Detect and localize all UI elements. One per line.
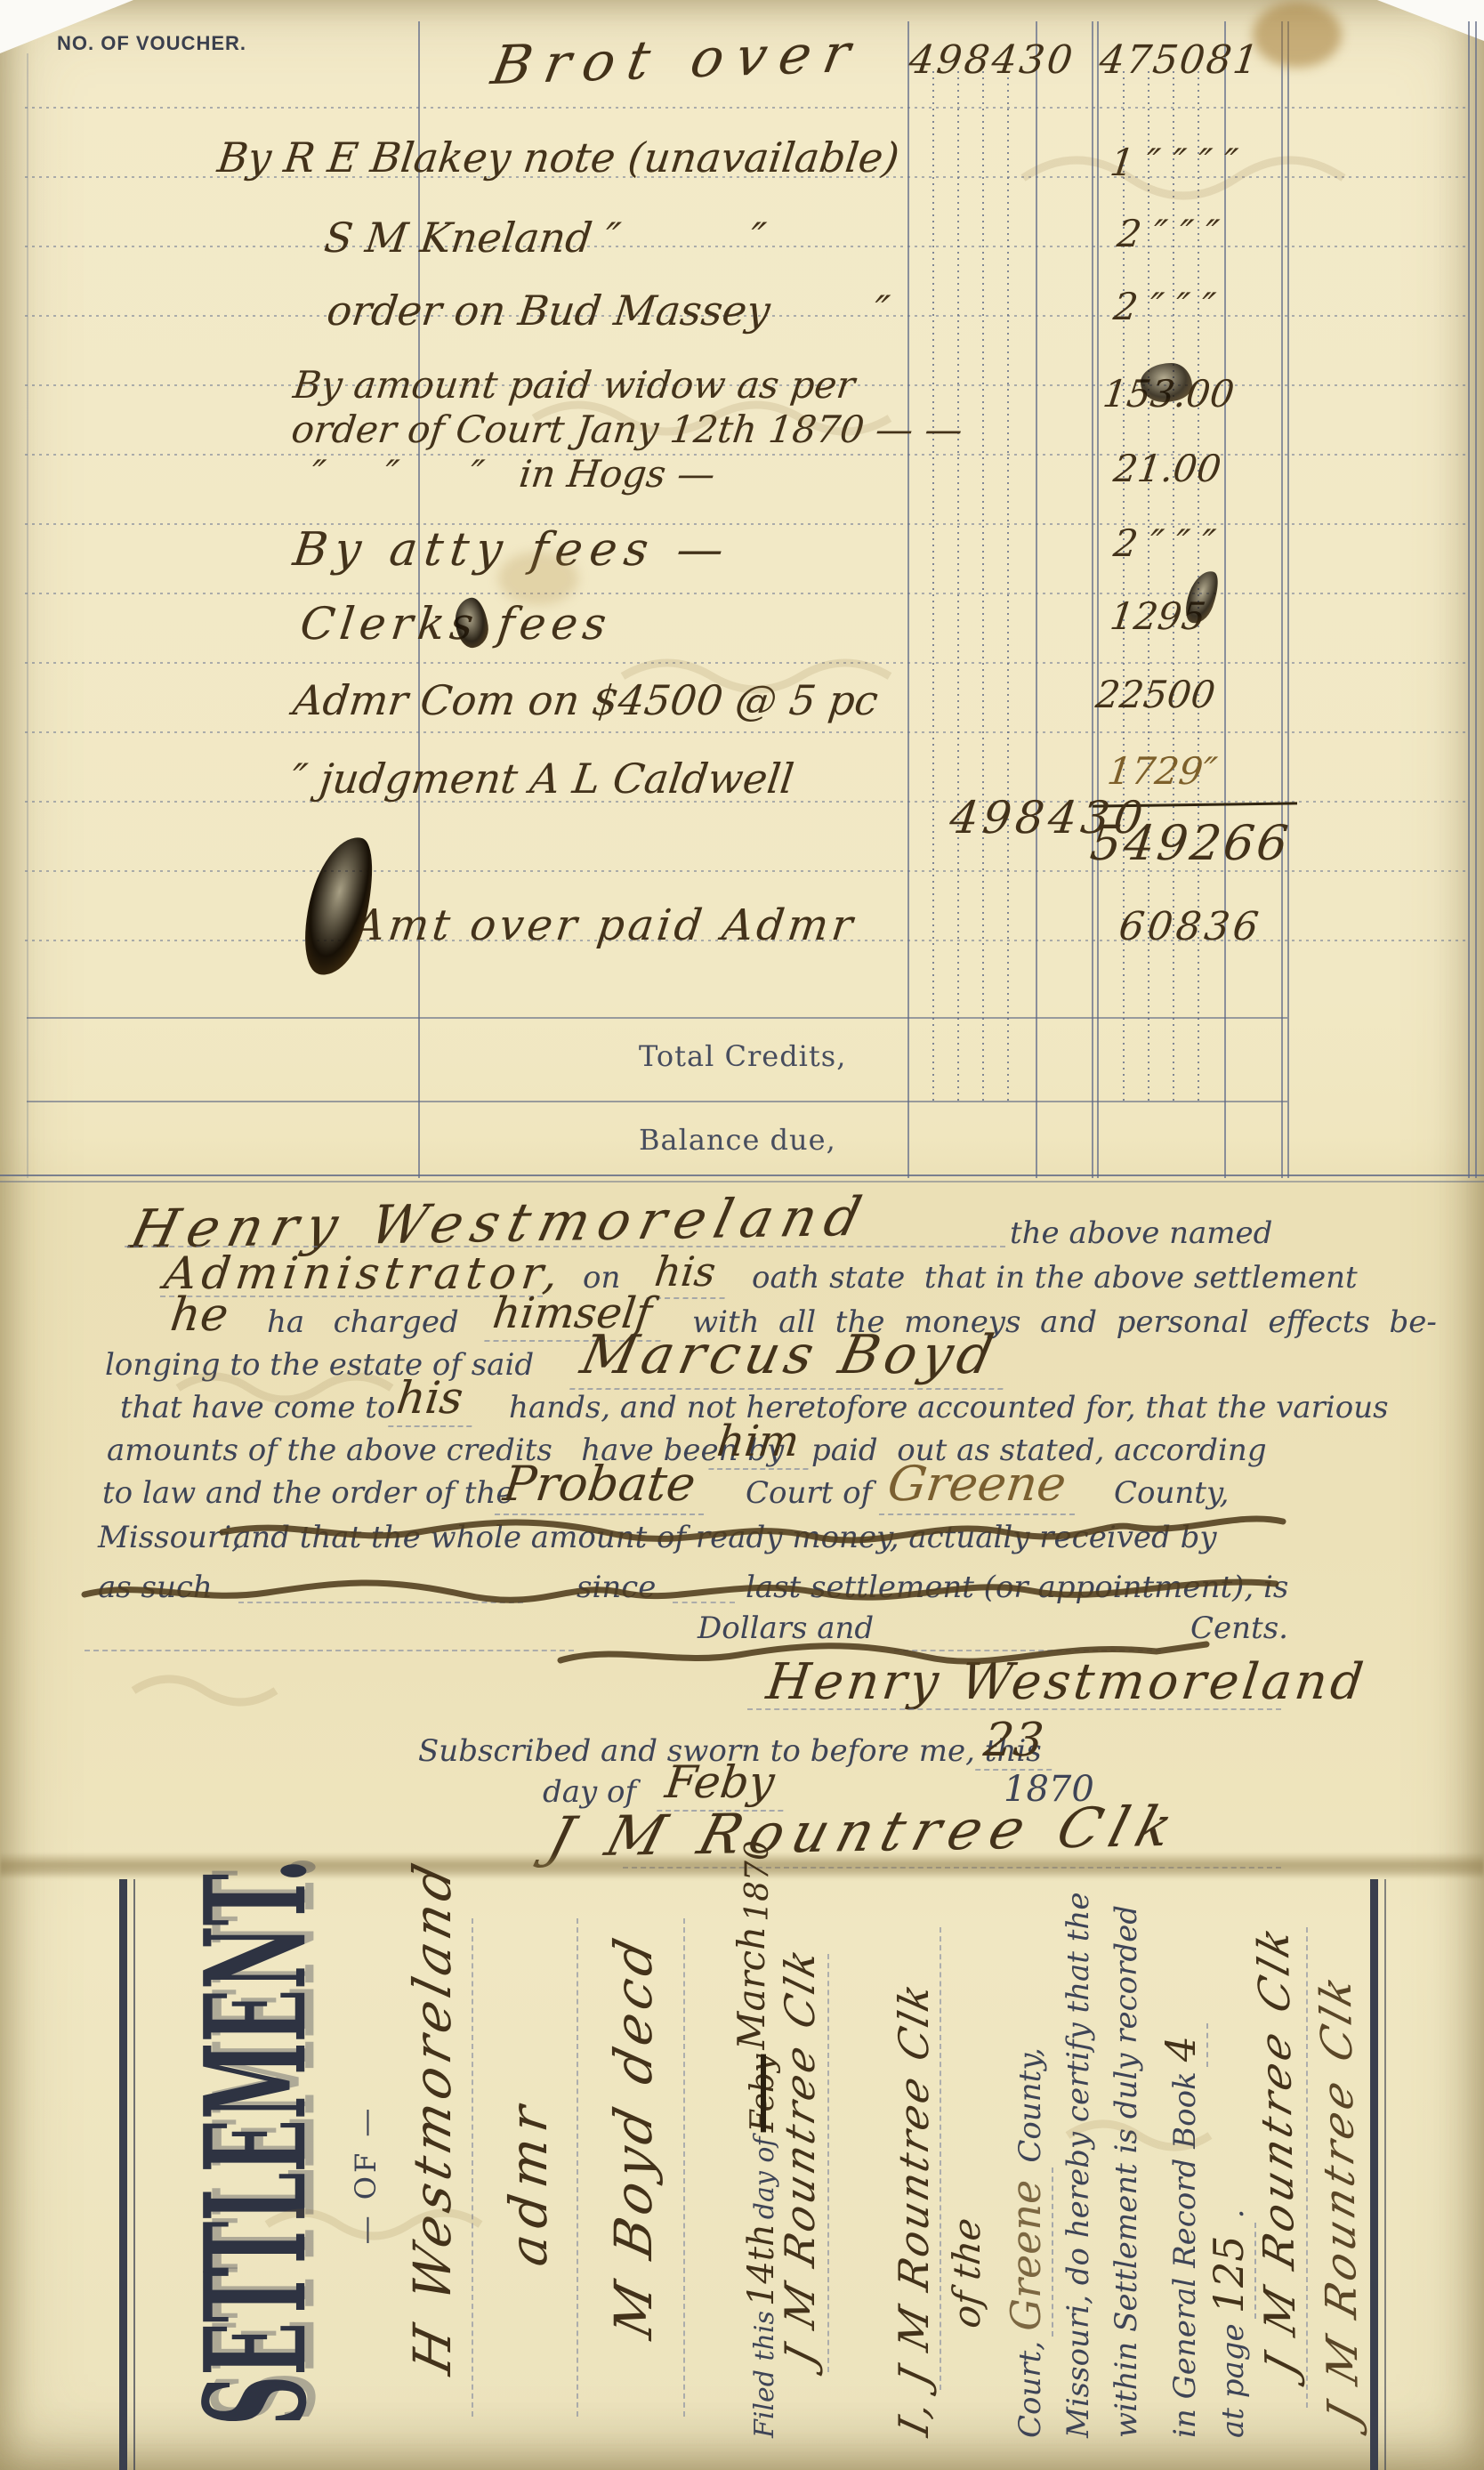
ruled-line <box>1287 21 1289 1178</box>
ledger-row: order of Court Jany 12th 1870 — — <box>289 408 965 451</box>
his-handwritten: his <box>388 1372 478 1427</box>
paper-stain <box>498 552 578 605</box>
filed-month-handwritten: March <box>730 1926 773 2050</box>
back-party-admr-title: admr <box>498 2095 559 2269</box>
filed-clerk-signature: J M Rountree Clk <box>776 1941 824 2370</box>
ruled-line <box>27 53 28 1178</box>
printed-text: County, <box>1114 1475 1229 1511</box>
back-clerk-signature: J M Rountree Clk <box>1311 1966 1369 2430</box>
document-back-rotated: SETTLEMENT. — OF — H Westmoreland admr M… <box>0 1879 1484 2470</box>
ledger-amount: 1 ″ ″ ″ ″ <box>1108 141 1240 184</box>
ink-blot <box>1141 363 1192 402</box>
ruled-line <box>25 107 1466 109</box>
printed-text: at page <box>1215 2323 1251 2438</box>
cert-book-line: in General Record Book 4 <box>1157 2023 1205 2438</box>
printed-text-struck: since <box>577 1570 656 1605</box>
ruled-line <box>25 523 1466 525</box>
ruled-line <box>982 71 984 1103</box>
page-fold-line <box>0 1174 1484 1176</box>
printed-text-struck: last settlement (or appointment), is <box>746 1570 1288 1605</box>
ledger-row: By R E Blakey note (unavailable) <box>215 133 902 182</box>
day-number-handwritten: 23 <box>975 1714 1059 1771</box>
form-blank-line <box>827 1954 829 2372</box>
ruled-line <box>27 1017 1287 1019</box>
him-handwritten: him <box>708 1417 814 1470</box>
estate-name-handwritten: Marcus Boyd <box>569 1324 1016 1390</box>
printed-text: oath state that in the above settlement <box>752 1260 1358 1296</box>
ledger-row: By amount paid widow as per <box>291 363 858 407</box>
affiant-signature: Henry Westmoreland <box>763 1653 1370 1711</box>
ruled-line <box>1468 21 1470 1178</box>
back-party-admr: H Westmoreland <box>402 1853 463 2380</box>
he-handwritten: he <box>167 1288 231 1342</box>
cert-court-line: Court, Greene County, <box>1002 2047 1050 2438</box>
printed-text: Missouri, <box>98 1520 241 1555</box>
ledger-amount: 2 ″ ″ ″ <box>1111 521 1218 565</box>
printed-text: ha charged <box>267 1304 459 1340</box>
ruled-line <box>25 731 1466 733</box>
ruled-line <box>1007 71 1009 1103</box>
back-border-rule <box>133 1879 135 2470</box>
ruled-line <box>27 1101 1287 1102</box>
voucher-column-label: NO. OF VOUCHER. <box>57 32 246 55</box>
ledger-row: Admr Com on $4500 @ 5 pc <box>291 676 881 724</box>
ledger-amount: 2 ″ ″ ″ <box>1115 212 1222 255</box>
printed-text: hands, and not heretofore accounted for,… <box>509 1390 1389 1425</box>
back-border-rule <box>1384 1879 1386 2470</box>
printed-text: that have come to <box>120 1390 395 1425</box>
balance-due-label: Balance due, <box>639 1123 836 1157</box>
record-book-number: 4 <box>1157 2023 1208 2067</box>
ruled-line <box>1092 21 1093 1178</box>
form-blank-line <box>683 1918 685 2417</box>
affidavit-section: Henry Westmoreland the above named Admin… <box>0 1183 1484 1879</box>
ruled-line <box>25 454 1466 456</box>
printed-text: Court, <box>1012 2341 1048 2438</box>
printed-text: within Settlement is duly recorded <box>1109 1905 1144 2438</box>
back-border-rule <box>1370 1879 1378 2470</box>
back-of-label: — OF — <box>349 1879 383 2470</box>
printed-text-struck: Cents. <box>1190 1610 1288 1646</box>
ledger-amount: 2 ″ ″ ″ <box>1111 285 1218 328</box>
cert-clerk-name: I, J M Rountree Clk <box>890 1976 938 2441</box>
printed-text: in General Record Book <box>1167 2071 1203 2438</box>
ledger-amount: 498430 <box>907 37 1077 83</box>
cert-county-handwritten: Greene <box>1002 2167 1053 2337</box>
back-title: SETTLEMENT. <box>174 1924 338 2426</box>
total-credits-label: Total Credits, <box>639 1039 846 1073</box>
ledger-row: Brot over <box>487 22 867 97</box>
form-blank-line <box>940 1927 941 2390</box>
printed-text: to law and the order of the <box>102 1475 513 1511</box>
ledger-amount: 549266 <box>1087 815 1294 871</box>
ruled-line <box>1475 21 1477 1178</box>
printed-text-struck: and that the whole amount of ready money… <box>233 1520 1217 1555</box>
back-clerk-signature: J M Rountree Clk <box>1249 1917 1307 2381</box>
ruled-line <box>1036 21 1037 1178</box>
ledger-row: order on Bud Massey ″ <box>325 287 892 335</box>
form-blank-line <box>85 1650 574 1651</box>
ruled-line <box>957 71 959 1103</box>
form-blank-line <box>894 1650 1161 1651</box>
printed-text: County, <box>1012 2047 1048 2162</box>
cert-of-the: of the <box>945 2216 988 2330</box>
back-party-deceased: M Boyd decd <box>603 1928 664 2345</box>
ledger-row: S M Kneland ″ ″ <box>322 214 769 262</box>
form-blank-line <box>472 1918 473 2417</box>
printed-text-struck: Dollars and <box>698 1610 874 1646</box>
ruled-line <box>932 71 934 1103</box>
printed-text: . <box>1215 2209 1251 2219</box>
ruled-line <box>25 662 1466 664</box>
ruled-line <box>1281 21 1283 1178</box>
printed-text: Missouri, do hereby certify that the <box>1061 1893 1096 2438</box>
printed-text: Court of <box>746 1475 872 1511</box>
record-page-number: 125 <box>1205 2223 1256 2319</box>
ledger-amount: 22500 <box>1093 673 1218 716</box>
ruled-line <box>907 21 909 1178</box>
form-blank-line <box>673 1602 735 1603</box>
printed-text: the above named <box>1010 1215 1272 1251</box>
ruled-line <box>1224 21 1226 1178</box>
probate-handwritten: Probate <box>495 1456 711 1515</box>
ledger-amount: 21.00 <box>1111 447 1223 490</box>
form-blank-line <box>577 1918 578 2417</box>
form-blank-line <box>1306 1927 1308 2408</box>
ledger-amount: 60836 <box>1117 904 1264 949</box>
form-blank-line <box>747 1708 1281 1710</box>
scanned-settlement-document: NO. OF VOUCHER. <box>0 0 1484 2470</box>
ruled-line <box>25 593 1466 594</box>
ledger-amount: 475081 <box>1097 37 1262 83</box>
ruled-line <box>1097 21 1099 1178</box>
ledger-row: Amt over paid Admr <box>351 900 859 950</box>
ledger-amount: 1729″ <box>1105 749 1220 793</box>
cert-page-line: at page 125 . <box>1205 2209 1253 2438</box>
ledger-row: ″ judgment A L Caldwell <box>289 755 797 803</box>
ledger-section: NO. OF VOUCHER. <box>0 0 1484 1183</box>
form-blank-line <box>238 1602 523 1603</box>
filed-note: Filed this 14th day of Feby March 1870 <box>730 1840 782 2438</box>
back-border-rule <box>119 1879 127 2470</box>
page-fold-line <box>0 1181 1484 1183</box>
paper-stain <box>1253 2 1342 68</box>
ledger-row: ″ ″ ″ in Hogs — <box>309 452 718 496</box>
filed-year-handwritten: 1870 <box>739 1840 776 1922</box>
printed-text-struck: as such <box>98 1570 213 1605</box>
county-name-handwritten: Greene <box>879 1456 1082 1515</box>
